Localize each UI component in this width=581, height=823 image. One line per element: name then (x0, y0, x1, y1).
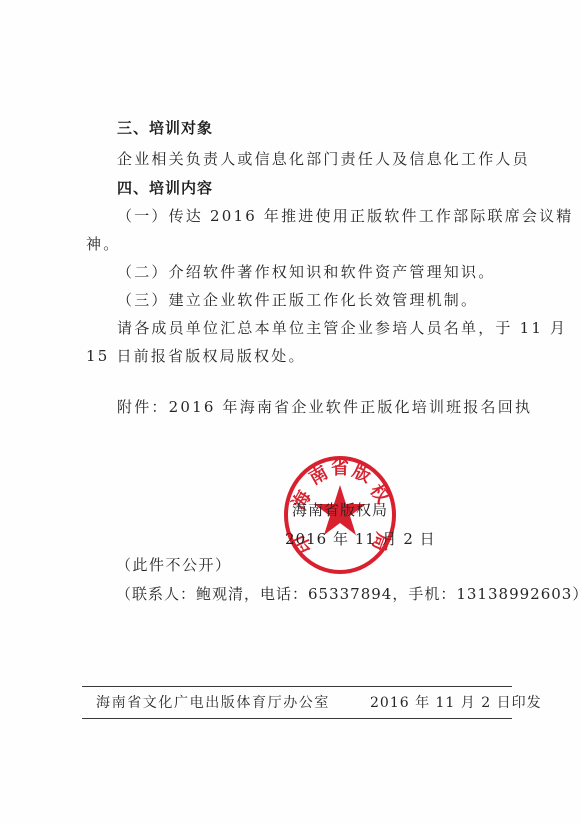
content-item-3: （三）建立企业软件正版工作化长效管理机制。 (117, 290, 478, 310)
document-page: 三、培训对象 企业相关负责人或信息化部门责任人及信息化工作人员 四、培训内容 （… (0, 0, 581, 823)
section-heading-training-content: 四、培训内容 (117, 178, 213, 198)
attachment-note: 附件：2016 年海南省企业软件正版化培训班报名回执 (117, 397, 532, 417)
content-item-2: （二）介绍软件著作权知识和软件资产管理知识。 (117, 262, 495, 282)
footer-bottom-rule (82, 718, 512, 719)
footer-issue-date: 2016 年 11 月 2 日印发 (370, 693, 542, 713)
svg-text:省: 省 (331, 457, 349, 479)
signature-organization: 海南省版权局 (292, 500, 388, 520)
content-item-1-line2: 神。 (86, 234, 120, 254)
footer-issuer: 海南省文化广电出版体育厅办公室 (96, 693, 330, 713)
contact-info: （联系人：鲍观清，电话：65337894，手机：13138992603） (116, 584, 581, 604)
signature-date: 2016 年 11 月 2 日 (285, 529, 436, 549)
confidentiality-notice: （此件不公开） (116, 555, 232, 575)
svg-text:南: 南 (305, 461, 332, 489)
section-heading-training-targets: 三、培训对象 (117, 118, 213, 138)
training-targets-text: 企业相关负责人或信息化部门责任人及信息化工作人员 (117, 149, 530, 169)
request-line1: 请各成员单位汇总本单位主管企业参培人员名单，于 11 月 (117, 318, 567, 338)
footer-top-rule (82, 686, 512, 687)
request-line2: 15 日前报省版权局版权处。 (86, 346, 306, 366)
content-item-1-line1: （一）传达 2016 年推进使用正版软件工作部际联席会议精 (117, 206, 574, 226)
svg-text:版: 版 (349, 460, 375, 488)
